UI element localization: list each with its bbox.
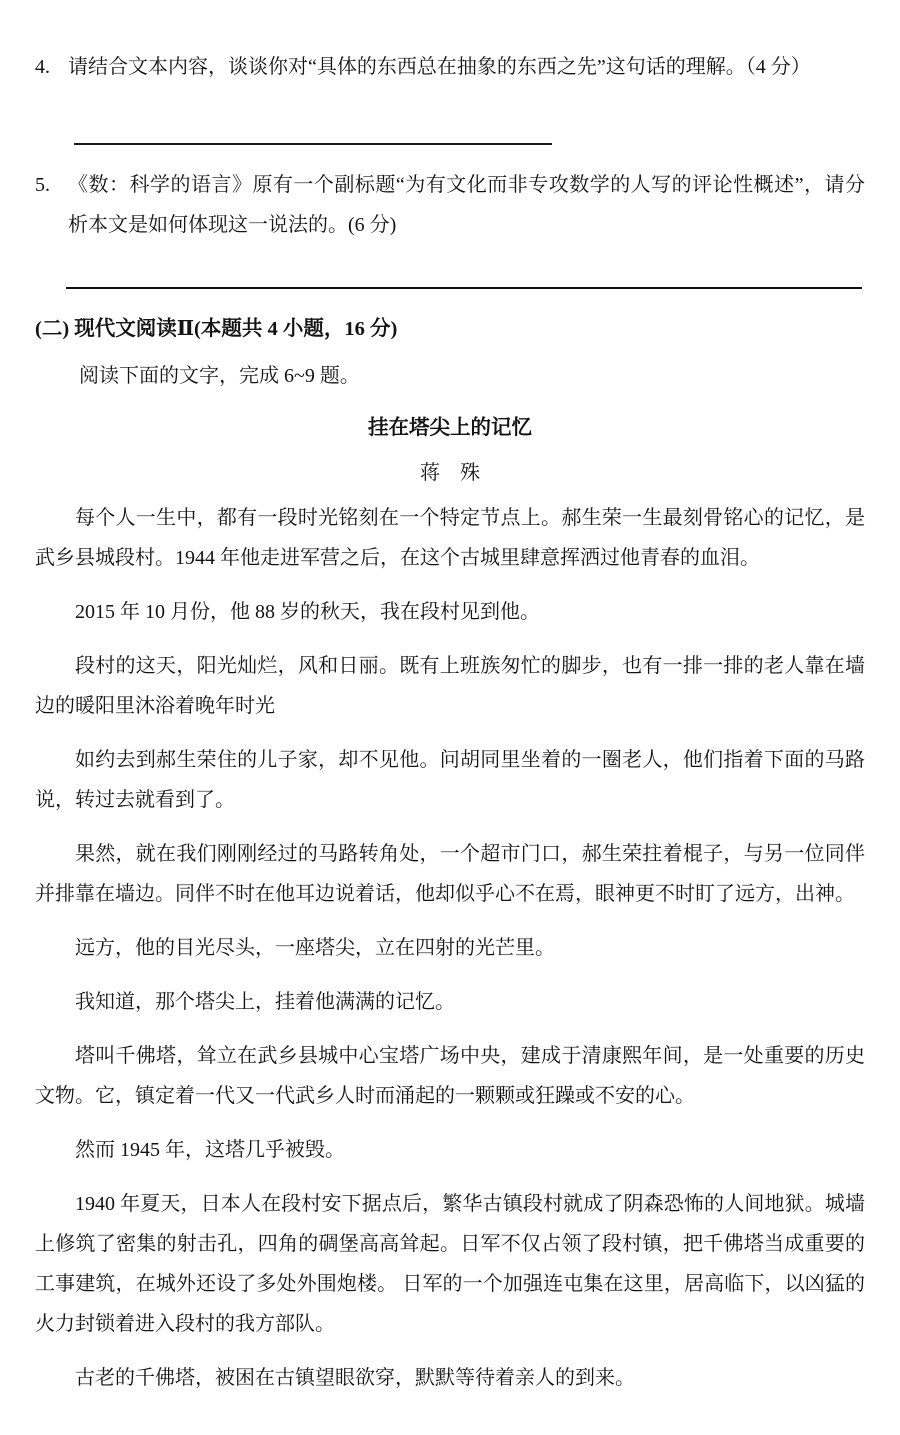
exam-page: 4. 请结合文本内容，谈谈你对“具体的东西总在抽象的东西之先”这句话的理解。（4… bbox=[0, 0, 900, 1435]
article-paragraph: 远方，他的目光尽头，一座塔尖，立在四射的光芒里。 bbox=[35, 928, 865, 968]
article-paragraph: 然而 1945 年，这塔几乎被毁。 bbox=[35, 1130, 865, 1170]
question-4-number: 4. bbox=[35, 47, 68, 87]
question-5: 5. 《数：科学的语言》原有一个副标题“为有文化而非专攻数学的人写的评论性概述”… bbox=[35, 165, 865, 245]
reading-instruction: 阅读下面的文字，完成 6~9 题。 bbox=[35, 356, 865, 396]
answer-line bbox=[74, 143, 552, 145]
article-paragraph: 古老的千佛塔，被困在古镇望眼欲穿，默默等待着亲人的到来。 bbox=[35, 1358, 865, 1398]
question-4-text: 请结合文本内容，谈谈你对“具体的东西总在抽象的东西之先”这句话的理解。（4 分） bbox=[68, 47, 865, 87]
article-paragraph: 1940 年夏天，日本人在段村安下据点后，繁华古镇段村就成了阴森恐怖的人间地狱。… bbox=[35, 1184, 865, 1344]
article-body: 每个人一生中，都有一段时光铭刻在一个特定节点上。郝生荣一生最刻骨铭心的记忆，是武… bbox=[35, 498, 865, 1398]
question-5-number: 5. bbox=[35, 165, 68, 205]
article-paragraph: 2015 年 10 月份，他 88 岁的秋天，我在段村见到他。 bbox=[35, 592, 865, 632]
article-paragraph: 塔叫千佛塔，耸立在武乡县城中心宝塔广场中央，建成于清康熙年间，是一处重要的历史文… bbox=[35, 1036, 865, 1116]
section-divider bbox=[66, 287, 862, 289]
article-author: 蒋 殊 bbox=[35, 453, 865, 493]
article-paragraph: 我知道，那个塔尖上，挂着他满满的记忆。 bbox=[35, 982, 865, 1022]
question-4: 4. 请结合文本内容，谈谈你对“具体的东西总在抽象的东西之先”这句话的理解。（4… bbox=[35, 47, 865, 87]
article-paragraph: 段村的这天，阳光灿烂，风和日丽。既有上班族匆忙的脚步，也有一排一排的老人靠在墙边… bbox=[35, 646, 865, 726]
article-paragraph: 如约去到郝生荣住的儿子家，却不见他。问胡同里坐着的一圈老人，他们指着下面的马路说… bbox=[35, 740, 865, 820]
article-title: 挂在塔尖上的记忆 bbox=[35, 408, 865, 448]
article-paragraph: 果然，就在我们刚刚经过的马路转角处，一个超市门口，郝生荣拄着棍子，与另一位同伴并… bbox=[35, 834, 865, 914]
section-heading: (二) 现代文阅读Ⅱ(本题共 4 小题，16 分) bbox=[35, 309, 865, 349]
article-paragraph: 每个人一生中，都有一段时光铭刻在一个特定节点上。郝生荣一生最刻骨铭心的记忆，是武… bbox=[35, 498, 865, 578]
question-5-text: 《数：科学的语言》原有一个副标题“为有文化而非专攻数学的人写的评论性概述”，请分… bbox=[68, 165, 865, 245]
